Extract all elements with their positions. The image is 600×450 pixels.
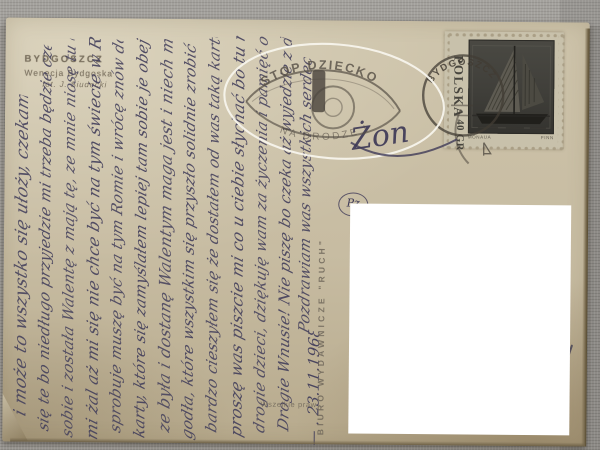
privacy-cover-rectangle [348, 203, 571, 435]
photo-of-postcard: BYDGOSZCZ Wenecja Bydgoska fot. J. Siude… [0, 0, 600, 450]
postcard-back: BYDGOSZCZ Wenecja Bydgoska fot. J. Siude… [2, 17, 590, 446]
white-chalk-ellipse [220, 36, 448, 167]
postmark-sail-emblem [484, 143, 491, 156]
svg-text:BYDGOSZCZ: BYDGOSZCZ [425, 56, 499, 86]
handwriting-flourish [351, 138, 457, 156]
postmark-town: BYDGOSZCZ [425, 56, 499, 86]
